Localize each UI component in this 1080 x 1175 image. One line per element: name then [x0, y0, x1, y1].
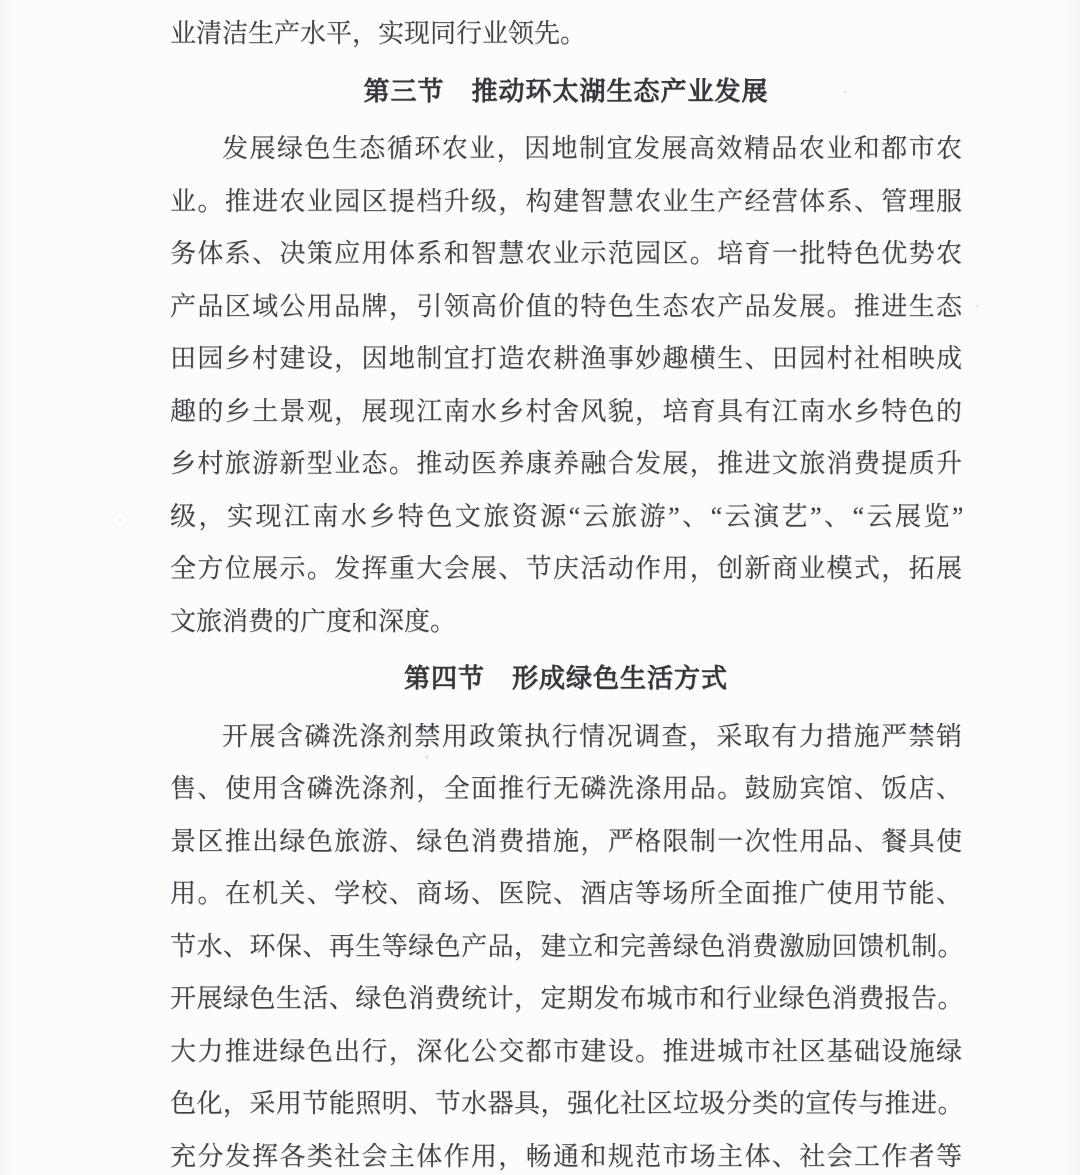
text-line: 趣的乡土景观，展现江南水乡村舍风貌，培育具有江南水乡特色的: [170, 386, 962, 439]
text-line: 景区推出绿色旅游、绿色消费措施，严格限制一次性用品、餐具使: [170, 816, 962, 869]
text-line: 务体系、决策应用体系和智慧农业示范园区。培育一批特色优势农: [170, 228, 962, 281]
text-line: 大力推进绿色出行，深化公交都市建设。推进城市社区基础设施绿: [170, 1026, 962, 1079]
text-line: 业。推进农业园区提档升级，构建智慧农业生产经营体系、管理服: [170, 176, 962, 229]
text-line: 色化，采用节能照明、节水器具，强化社区垃圾分类的宣传与推进。: [170, 1078, 962, 1131]
text-line: 节水、环保、再生等绿色产品，建立和完善绿色消费激励回馈机制。: [170, 921, 962, 974]
document-text-block: 业清洁生产水平，实现同行业领先。第三节 推动环太湖生态产业发展发展绿色生态循环农…: [170, 8, 962, 1175]
section-heading: 第三节 推动环太湖生态产业发展: [170, 66, 962, 119]
text-line: 用。在机关、学校、商场、医院、酒店等场所全面推广使用节能、: [170, 868, 962, 921]
document-page: 业清洁生产水平，实现同行业领先。第三节 推动环太湖生态产业发展发展绿色生态循环农…: [0, 0, 1080, 1175]
section-heading: 第四节 形成绿色生活方式: [170, 653, 962, 706]
text-line: 业清洁生产水平，实现同行业领先。: [170, 8, 962, 61]
text-line: 全方位展示。发挥重大会展、节庆活动作用，创新商业模式，拓展: [170, 543, 962, 596]
text-line: 乡村旅游新型业态。推动医养康养融合发展，推进文旅消费提质升: [170, 438, 962, 491]
text-line: 开展绿色生活、绿色消费统计，定期发布城市和行业绿色消费报告。: [170, 973, 962, 1026]
text-line: 产品区域公用品牌，引领高价值的特色生态农产品发展。推进生态: [170, 281, 962, 334]
text-line: 开展含磷洗涤剂禁用政策执行情况调查，采取有力措施严禁销: [170, 711, 962, 764]
text-line: 田园乡村建设，因地制宜打造农耕渔事妙趣横生、田园村社相映成: [170, 333, 962, 386]
text-line: 级，实现江南水乡特色文旅资源“云旅游”、“云演艺”、“云展览”: [170, 491, 962, 544]
text-line: 文旅消费的广度和深度。: [170, 596, 962, 649]
text-line: 售、使用含磷洗涤剂，全面推行无磷洗涤用品。鼓励宾馆、饭店、: [170, 763, 962, 816]
text-line: 发展绿色生态循环农业，因地制宜发展高效精品农业和都市农: [170, 123, 962, 176]
text-line: 充分发挥各类社会主体作用，畅通和规范市场主体、社会工作者等: [170, 1131, 962, 1175]
